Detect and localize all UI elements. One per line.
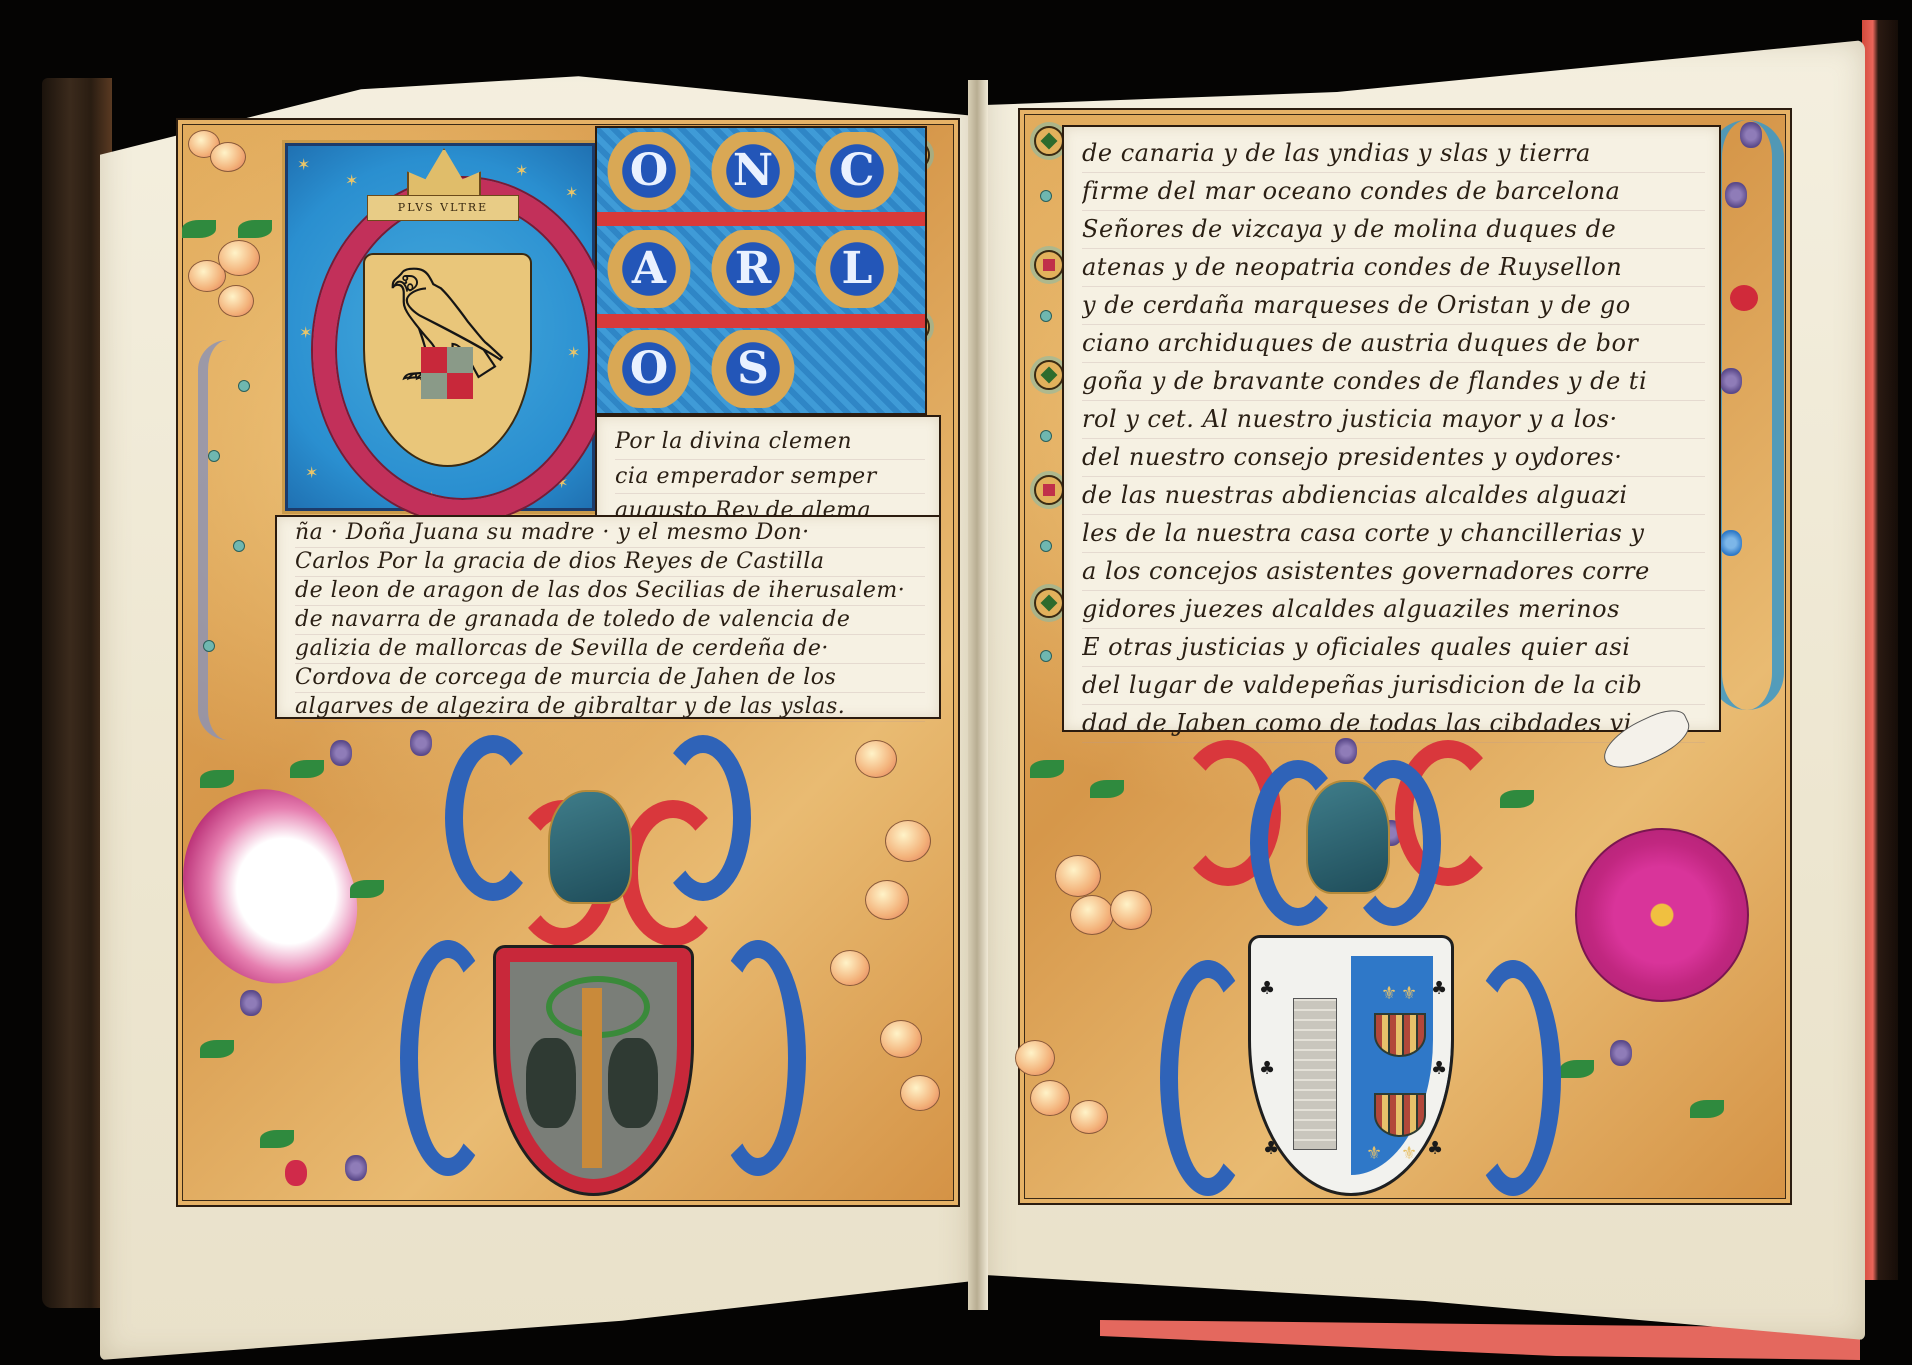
text-line: les de la nuestra casa corte y chancille…	[1082, 515, 1705, 553]
star-icon: ✶	[565, 183, 578, 202]
text-line: y de cerdaña marqueses de Oristan y de g…	[1082, 287, 1705, 325]
text-line: firme del mar oceano condes de barcelona	[1082, 173, 1705, 211]
ermine-spot-icon: ♣	[1263, 1138, 1279, 1159]
tree-icon	[582, 988, 602, 1168]
text-line: de navarra de granada de toledo de valen…	[295, 606, 925, 635]
text-line: dad de Jaben como de todas las cibdades …	[1082, 705, 1705, 743]
text-line: Carlos Por la gracia de dios Reyes de Ca…	[295, 548, 925, 577]
ermine-spot-icon: ♣	[1431, 1058, 1447, 1079]
apple-icon	[218, 285, 254, 317]
jewel-medallion-icon	[1034, 250, 1064, 280]
left-text-block: ña · Doña Juana su madre · y el mesmo Do…	[275, 515, 941, 719]
pomegranate-icon	[1730, 285, 1758, 311]
capital-letter: R	[709, 230, 797, 308]
apple-icon	[1055, 855, 1101, 897]
fleur-de-lis-icon: ⚜	[1401, 983, 1417, 1004]
pearl-icon	[1040, 190, 1052, 202]
blue-mantling-icon	[400, 940, 496, 1176]
blue-mantling-icon	[710, 940, 806, 1176]
castle-quarter-icon	[421, 347, 447, 373]
apple-icon	[1030, 1080, 1070, 1116]
imperial-crown-icon	[407, 148, 481, 200]
bear-icon	[608, 1038, 658, 1128]
leaf-icon	[1500, 790, 1534, 808]
leaf-icon	[350, 880, 384, 898]
leaf-icon	[1090, 780, 1124, 798]
acanthus-scroll-icon	[198, 340, 258, 740]
text-line: cia emperador semper	[615, 460, 925, 495]
ermine-spot-icon: ♣	[1431, 978, 1447, 999]
text-line: de leon de aragon de las dos Secilias de…	[295, 577, 925, 606]
capital-letter: L	[813, 230, 901, 308]
leaf-icon	[1030, 760, 1064, 778]
lion-quarter-icon	[421, 373, 447, 399]
text-line: de las nuestras abdiencias alcaldes algu…	[1082, 477, 1705, 515]
cauldron-icon	[1374, 1093, 1426, 1137]
tower-icon	[1293, 998, 1337, 1150]
pearl-icon	[233, 540, 245, 552]
right-text-block: de canaria y de las yndias y slas y tier…	[1062, 125, 1721, 732]
apple-icon	[1070, 895, 1114, 935]
apple-icon	[1110, 890, 1152, 930]
motto-banner: PLVS VLTRE	[367, 195, 519, 221]
text-line: del nuestro consejo presidentes y oydore…	[1082, 439, 1705, 477]
raspberry-icon	[285, 1160, 307, 1186]
jewel-medallion-icon	[1034, 360, 1064, 390]
apple-icon	[210, 142, 246, 172]
leaf-icon	[1560, 1060, 1594, 1078]
grape-cluster-icon	[1720, 530, 1742, 556]
fleur-de-lis-icon: ⚜	[1366, 1143, 1382, 1164]
text-line: a los concejos asistentes governadores c…	[1082, 553, 1705, 591]
cauldron-icon	[1374, 1013, 1426, 1057]
text-line: atenas y de neopatria condes de Ruysello…	[1082, 249, 1705, 287]
fleur-de-lis-icon: ⚜	[1401, 1143, 1417, 1164]
leaf-icon	[260, 1130, 294, 1148]
book-cover-right	[1862, 20, 1898, 1280]
red-mantling-icon	[620, 800, 726, 946]
jewel-medallion-icon	[1034, 126, 1064, 156]
apple-icon	[1015, 1040, 1055, 1076]
castle-quarter-icon	[447, 373, 473, 399]
capital-letter: O	[605, 132, 693, 210]
star-icon: ✶	[297, 155, 310, 174]
capital-letter: C	[813, 132, 901, 210]
jewel-medallion-icon	[1034, 588, 1064, 618]
apple-icon	[880, 1020, 922, 1058]
initial-d-box: ✶ ✶ ✶ ✶ ✶ ✶ ✶ ✶ ✶ PLVS VLTRE 𓅃	[282, 140, 598, 514]
ermine-spot-icon: ♣	[1427, 1138, 1443, 1159]
lion-quarter-icon	[447, 347, 473, 373]
star-icon: ✶	[305, 463, 318, 482]
capital-letter: N	[709, 132, 797, 210]
star-icon: ✶	[345, 171, 358, 190]
text-line: galizia de mallorcas de Sevilla de cerde…	[295, 635, 925, 664]
left-text-block-top: Por la divina clemen cia emperador sempe…	[595, 415, 941, 524]
leaf-icon	[200, 1040, 234, 1058]
leaf-icon	[1690, 1100, 1724, 1118]
helm-icon	[1306, 780, 1390, 894]
capital-letter: A	[605, 230, 693, 308]
text-line: gidores juezes alcaldes alguaziles merin…	[1082, 591, 1705, 629]
display-capitals-band: O N C A R L O S	[595, 126, 927, 415]
text-line: Por la divina clemen	[615, 425, 925, 460]
blue-mantling-icon	[1465, 960, 1561, 1196]
star-icon: ✶	[299, 323, 312, 342]
apple-icon	[865, 880, 909, 920]
blackberry-icon	[330, 740, 352, 766]
pearl-icon	[203, 640, 215, 652]
pearl-icon	[208, 450, 220, 462]
text-line: del lugar de valdepeñas jurisdicion de l…	[1082, 667, 1705, 705]
star-icon: ✶	[515, 161, 528, 180]
jewel-medallion-icon	[1034, 475, 1064, 505]
fleur-de-lis-icon: ⚜	[1381, 983, 1397, 1004]
text-line: goña y de bravante condes de flandes y d…	[1082, 363, 1705, 401]
grape-cluster-icon	[1740, 122, 1762, 148]
red-divider	[597, 314, 925, 328]
text-line: algarves de algezira de gibraltar y de l…	[295, 693, 925, 722]
leaf-icon	[200, 770, 234, 788]
text-line: ciano archiduques de austria duques de b…	[1082, 325, 1705, 363]
text-line: E otras justicias y oficiales quales qui…	[1082, 629, 1705, 667]
apple-icon	[1070, 1100, 1108, 1134]
grape-cluster-icon	[1725, 182, 1747, 208]
text-line: Cordova de corcega de murcia de Jahen de…	[295, 664, 925, 693]
ermine-spot-icon: ♣	[1259, 1058, 1275, 1079]
apple-icon	[830, 950, 870, 986]
pearl-icon	[238, 380, 250, 392]
text-line: rol y cet. Al nuestro justicia mayor y a…	[1082, 401, 1705, 439]
text-line: de canaria y de las yndias y slas y tier…	[1082, 135, 1705, 173]
apple-icon	[855, 740, 897, 778]
magenta-rose-icon	[1575, 828, 1749, 1002]
red-divider	[597, 212, 925, 226]
pearl-icon	[1040, 430, 1052, 442]
blue-acanthus-scroll-icon	[1710, 120, 1784, 710]
apple-icon	[900, 1075, 940, 1111]
text-line: ña · Doña Juana su madre · y el mesmo Do…	[295, 519, 925, 548]
bear-icon	[526, 1038, 576, 1128]
grape-cluster-icon	[1720, 368, 1742, 394]
blackberry-icon	[1610, 1040, 1632, 1066]
blackberry-icon	[345, 1155, 367, 1181]
leaf-icon	[238, 220, 272, 238]
leaf-icon	[290, 760, 324, 778]
blue-mantling-icon	[1160, 960, 1256, 1196]
blackberry-icon	[410, 730, 432, 756]
helm-icon	[548, 790, 632, 904]
ermine-spot-icon: ♣	[1259, 978, 1275, 999]
blackberry-icon	[240, 990, 262, 1016]
blackberry-icon	[1335, 738, 1357, 764]
capital-letter: S	[709, 330, 797, 408]
pearl-icon	[1040, 650, 1052, 662]
pearl-icon	[1040, 540, 1052, 552]
book-gutter	[968, 80, 988, 1310]
leaf-icon	[182, 220, 216, 238]
pearl-icon	[1040, 310, 1052, 322]
capital-letter: O	[605, 330, 693, 408]
apple-icon	[218, 240, 260, 276]
text-line: Señores de vizcaya y de molina duques de	[1082, 211, 1705, 249]
apple-icon	[885, 820, 931, 862]
